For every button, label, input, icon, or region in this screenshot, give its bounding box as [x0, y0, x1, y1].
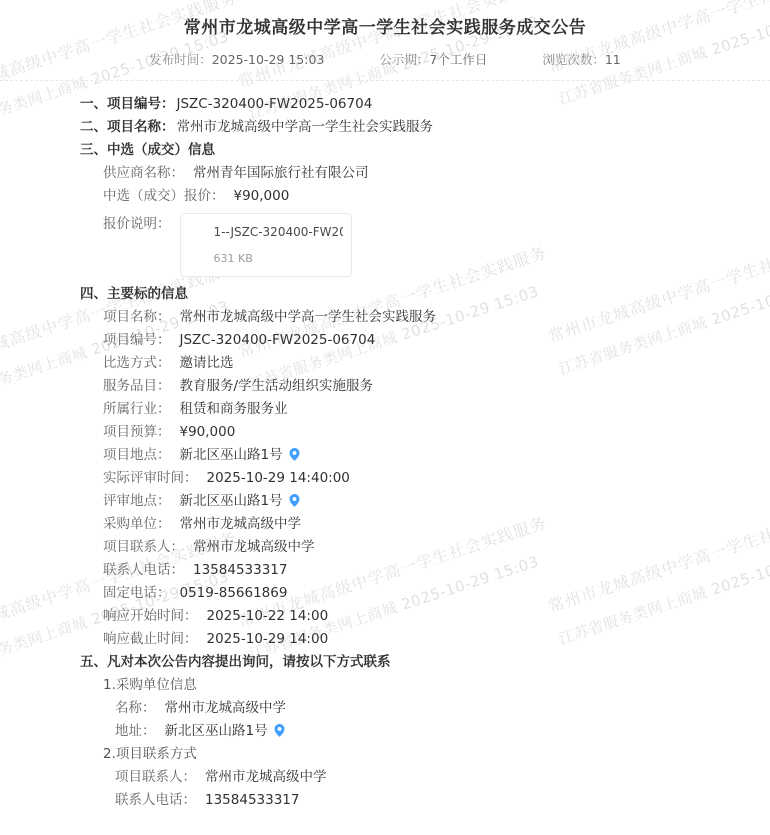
detail-row: 实际评审时间：2025-10-29 14:40:00: [80, 467, 740, 490]
detail-row: 所属行业：租赁和商务服务业: [80, 398, 740, 421]
detail-row: 响应开始时间：2025-10-22 14:00: [80, 605, 740, 628]
detail-row: 地址：新北区巫山路1号: [80, 720, 740, 743]
row-value: 13584533317: [193, 562, 287, 578]
row-label: 项目名称：: [103, 309, 171, 325]
row-label: 项目地点：: [103, 447, 171, 463]
row-value: 2025-10-29 14:00: [207, 631, 329, 647]
meta-label: 发布时间：: [149, 52, 212, 67]
row-label: 名称：: [115, 700, 156, 716]
file-size: 631 KB: [214, 247, 343, 270]
detail-row: 采购单位：常州市龙城高级中学: [80, 513, 740, 536]
detail-row: 项目名称：常州市龙城高级中学高一学生社会实践服务: [80, 306, 740, 329]
section-heading-label: 五、凡对本次公告内容提出询问，请按以下方式联系: [80, 654, 391, 670]
detail-row: 项目联系人：常州市龙城高级中学: [80, 766, 740, 789]
detail-row: 项目地点：新北区巫山路1号: [80, 444, 740, 467]
detail-row: 名称：常州市龙城高级中学: [80, 697, 740, 720]
meta-label: 公示期：: [379, 52, 429, 67]
detail-row: 响应截止时间：2025-10-29 14:00: [80, 628, 740, 651]
row-value: 2025-10-29 14:40:00: [207, 470, 350, 486]
row-value: ¥90,000: [234, 188, 290, 204]
row-label: 固定电话：: [103, 585, 171, 601]
meta-row: 发布时间：2025-10-29 15:03公示期：7个工作日浏览次数：11: [0, 51, 770, 68]
detail-row: 服务品目：教育服务/学生活动组织实施服务: [80, 375, 740, 398]
row-value: 新北区巫山路1号: [180, 447, 283, 463]
detail-row: 联系人电话：13584533317: [80, 559, 740, 582]
sub-heading: 1.采购单位信息: [80, 674, 740, 697]
announcement-header: 常州市龙城高级中学高一学生社会实践服务成交公告 发布时间：2025-10-29 …: [0, 0, 770, 81]
meta-item: 公示期：7个工作日: [379, 51, 487, 68]
detail-row: 供应商名称：常州青年国际旅行社有限公司: [80, 162, 740, 185]
section-heading-label: 一、项目编号：: [80, 96, 175, 112]
row-label: 所属行业：: [103, 401, 171, 417]
attachment-file[interactable]: 1--JSZC-320400-FW2025-067631 KB: [180, 213, 352, 277]
detail-row: 固定电话：0519-85661869: [80, 582, 740, 605]
detail-row: 项目预算：¥90,000: [80, 421, 740, 444]
row-value: 新北区巫山路1号: [165, 723, 268, 739]
section-heading: 一、项目编号：JSZC-320400-FW2025-06704: [80, 93, 740, 116]
row-value: 常州市龙城高级中学高一学生社会实践服务: [180, 309, 437, 325]
announcement-body: 一、项目编号：JSZC-320400-FW2025-06704二、项目名称：常州…: [0, 81, 770, 812]
row-value: 13584533317: [205, 792, 299, 808]
detail-row: 项目编号：JSZC-320400-FW2025-06704: [80, 329, 740, 352]
meta-value: 11: [605, 52, 621, 67]
row-label: 服务品目：: [103, 378, 171, 394]
location-pin-icon[interactable]: [288, 493, 301, 508]
row-label: 项目联系人：: [115, 769, 196, 785]
row-value: 常州市龙城高级中学: [165, 700, 287, 716]
row-value: 常州市龙城高级中学: [180, 516, 302, 532]
sub-heading-label: 2.项目联系方式: [103, 746, 197, 762]
section-heading-label: 三、中选（成交）信息: [80, 142, 215, 158]
row-value: 新北区巫山路1号: [180, 493, 283, 509]
meta-value: 7个工作日: [429, 52, 487, 67]
row-value: 常州青年国际旅行社有限公司: [193, 165, 369, 181]
row-value: 0519-85661869: [180, 585, 288, 601]
section-heading: 四、主要标的信息: [80, 283, 740, 306]
row-label: 响应截止时间：: [103, 631, 198, 647]
announcement-page: 常州市龙城高级中学高一学生社会实践服务江苏省服务类网上商城 2025-10-29…: [0, 0, 770, 835]
section-heading: 三、中选（成交）信息: [80, 139, 740, 162]
section-heading: 二、项目名称：常州市龙城高级中学高一学生社会实践服务: [80, 116, 740, 139]
row-label: 评审地点：: [103, 493, 171, 509]
location-pin-icon[interactable]: [288, 447, 301, 462]
sub-heading-label: 1.采购单位信息: [103, 677, 197, 693]
section-heading-label: 二、项目名称：: [80, 119, 175, 135]
row-label: 地址：: [115, 723, 156, 739]
detail-row: 比选方式：邀请比选: [80, 352, 740, 375]
detail-row: 评审地点：新北区巫山路1号: [80, 490, 740, 513]
row-label: 实际评审时间：: [103, 470, 198, 486]
file-name: 1--JSZC-320400-FW2025-067: [214, 221, 343, 244]
row-label: 比选方式：: [103, 355, 171, 371]
row-label: 项目编号：: [103, 332, 171, 348]
detail-row: 项目联系人：常州市龙城高级中学: [80, 536, 740, 559]
sub-heading: 2.项目联系方式: [80, 743, 740, 766]
row-value: 租赁和商务服务业: [180, 401, 288, 417]
row-label: 项目预算：: [103, 424, 171, 440]
row-label: 联系人电话：: [103, 562, 184, 578]
row-label: 联系人电话：: [115, 792, 196, 808]
detail-row: 中选（成交）报价：¥90,000: [80, 185, 740, 208]
row-label: 项目联系人：: [103, 539, 184, 555]
meta-label: 浏览次数：: [542, 52, 605, 67]
detail-row: 报价说明：1--JSZC-320400-FW2025-067631 KB: [80, 213, 740, 277]
meta-value: 2025-10-29 15:03: [212, 52, 325, 67]
row-value: 常州市龙城高级中学: [193, 539, 315, 555]
row-label: 响应开始时间：: [103, 608, 198, 624]
section-heading-value: JSZC-320400-FW2025-06704: [177, 96, 373, 112]
page-title: 常州市龙城高级中学高一学生社会实践服务成交公告: [0, 13, 770, 38]
row-value: 常州市龙城高级中学: [205, 769, 327, 785]
section-heading-label: 四、主要标的信息: [80, 286, 188, 302]
meta-item: 发布时间：2025-10-29 15:03: [149, 51, 324, 68]
row-label: 采购单位：: [103, 516, 171, 532]
row-label: 中选（成交）报价：: [103, 188, 225, 204]
row-label: 报价说明：: [103, 213, 171, 236]
row-value: 2025-10-22 14:00: [207, 608, 329, 624]
location-pin-icon[interactable]: [273, 723, 286, 738]
row-value: 教育服务/学生活动组织实施服务: [180, 378, 374, 394]
section-heading: 五、凡对本次公告内容提出询问，请按以下方式联系: [80, 651, 740, 674]
row-value: ¥90,000: [180, 424, 236, 440]
row-value: 邀请比选: [180, 355, 234, 371]
row-value: JSZC-320400-FW2025-06704: [180, 332, 376, 348]
detail-row: 联系人电话：13584533317: [80, 789, 740, 812]
meta-item: 浏览次数：11: [542, 51, 620, 68]
row-label: 供应商名称：: [103, 165, 184, 181]
section-heading-value: 常州市龙城高级中学高一学生社会实践服务: [177, 119, 434, 135]
